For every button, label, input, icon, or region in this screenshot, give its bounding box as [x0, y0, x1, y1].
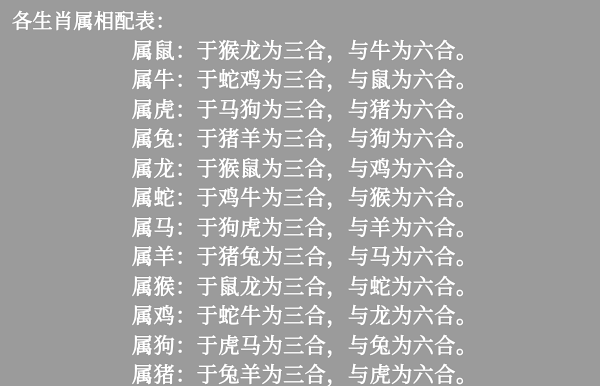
zodiac-line-pig: 属猪：于兔羊为三合，与虎为六合。	[132, 360, 478, 386]
zodiac-line-rat: 属鼠：于猴龙为三合，与牛为六合。	[132, 35, 478, 65]
zodiac-line-ox: 属牛：于蛇鸡为三合，与鼠为六合。	[132, 65, 478, 95]
zodiac-line-rooster: 属鸡：于蛇牛为三合，与龙为六合。	[132, 301, 478, 331]
zodiac-line-dog: 属狗：于虎马为三合，与兔为六合。	[132, 330, 478, 360]
zodiac-line-dragon: 属龙：于猴鼠为三合，与鸡为六合。	[132, 153, 478, 183]
zodiac-line-tiger: 属虎：于马狗为三合，与猪为六合。	[132, 94, 478, 124]
zodiac-line-goat: 属羊：于猪兔为三合，与马为六合。	[132, 242, 478, 272]
zodiac-compatibility-table: 各生肖属相配表： 属鼠：于猴龙为三合，与牛为六合。 属牛：于蛇鸡为三合，与鼠为六…	[0, 0, 600, 386]
zodiac-line-list: 属鼠：于猴龙为三合，与牛为六合。 属牛：于蛇鸡为三合，与鼠为六合。 属虎：于马狗…	[132, 35, 478, 386]
zodiac-line-rabbit: 属兔：于猪羊为三合，与狗为六合。	[132, 124, 478, 154]
zodiac-line-snake: 属蛇：于鸡牛为三合，与猴为六合。	[132, 183, 478, 213]
zodiac-line-horse: 属马：于狗虎为三合，与羊为六合。	[132, 212, 478, 242]
zodiac-line-monkey: 属猴：于鼠龙为三合，与蛇为六合。	[132, 271, 478, 301]
page-title: 各生肖属相配表：	[12, 5, 176, 34]
